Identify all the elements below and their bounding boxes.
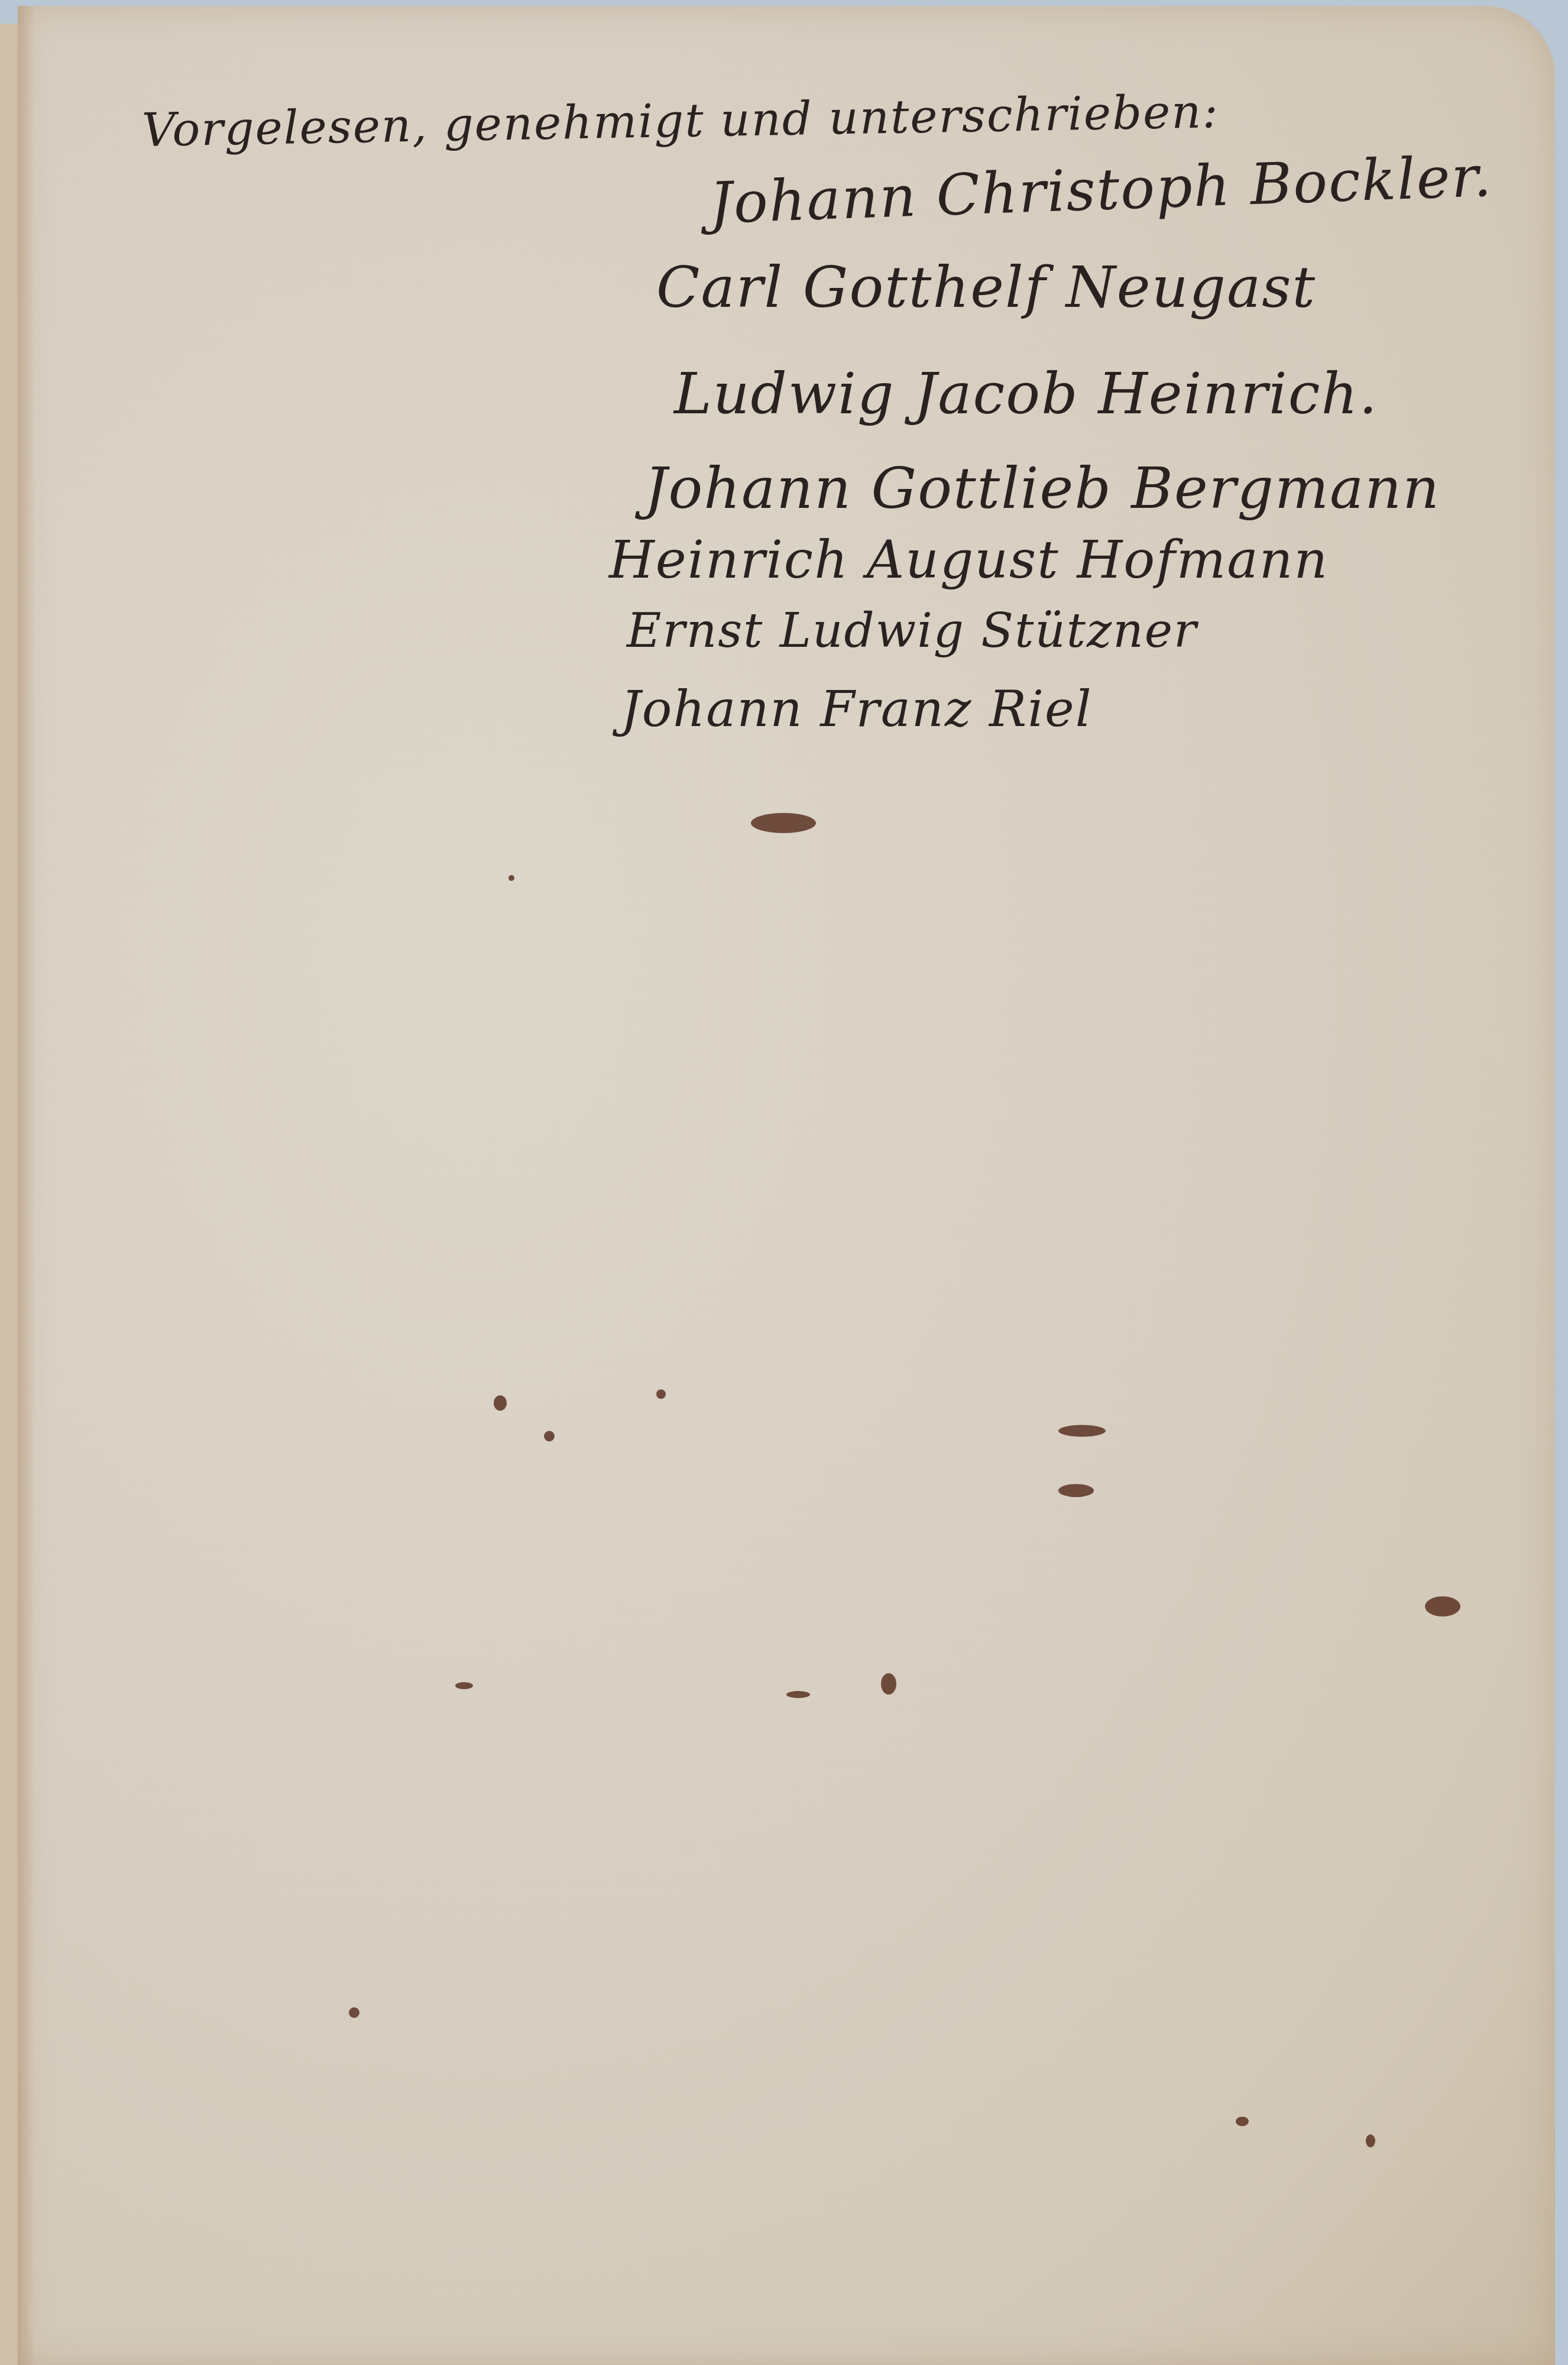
signature-1: Johann Christoph Bockler. [708, 143, 1494, 237]
signature-6: Ernst Ludwig Stützner [627, 603, 1197, 658]
closing-formula: Vorgelesen, genehmigt und unterschrieben… [141, 85, 1219, 157]
ink-stain [544, 1431, 555, 1441]
ink-stain [751, 813, 816, 833]
ink-stain [1058, 1425, 1106, 1437]
ink-stain [508, 875, 514, 881]
signature-2: Carl Gotthelf Neugast [656, 254, 1316, 320]
signature-4: Johann Gottlieb Bergmann [644, 455, 1440, 521]
ink-stain [349, 2007, 359, 2018]
ink-stain [1366, 2134, 1375, 2147]
ink-stain [1058, 1484, 1094, 1497]
signature-3: Ludwig Jacob Heinrich. [674, 361, 1378, 427]
ink-stain [656, 1389, 666, 1399]
signature-5: Heinrich August Hofmann [609, 529, 1329, 590]
ink-stain [494, 1395, 507, 1411]
manuscript-page: Vorgelesen, genehmigt und unterschrieben… [18, 6, 1555, 2365]
ink-stain [786, 1691, 810, 1698]
ink-stain [455, 1682, 473, 1689]
signature-7: Johann Franz Riel [621, 680, 1093, 738]
ink-stain [881, 1673, 896, 1695]
ink-stain [1236, 2117, 1249, 2126]
ink-stain [1425, 1596, 1460, 1616]
